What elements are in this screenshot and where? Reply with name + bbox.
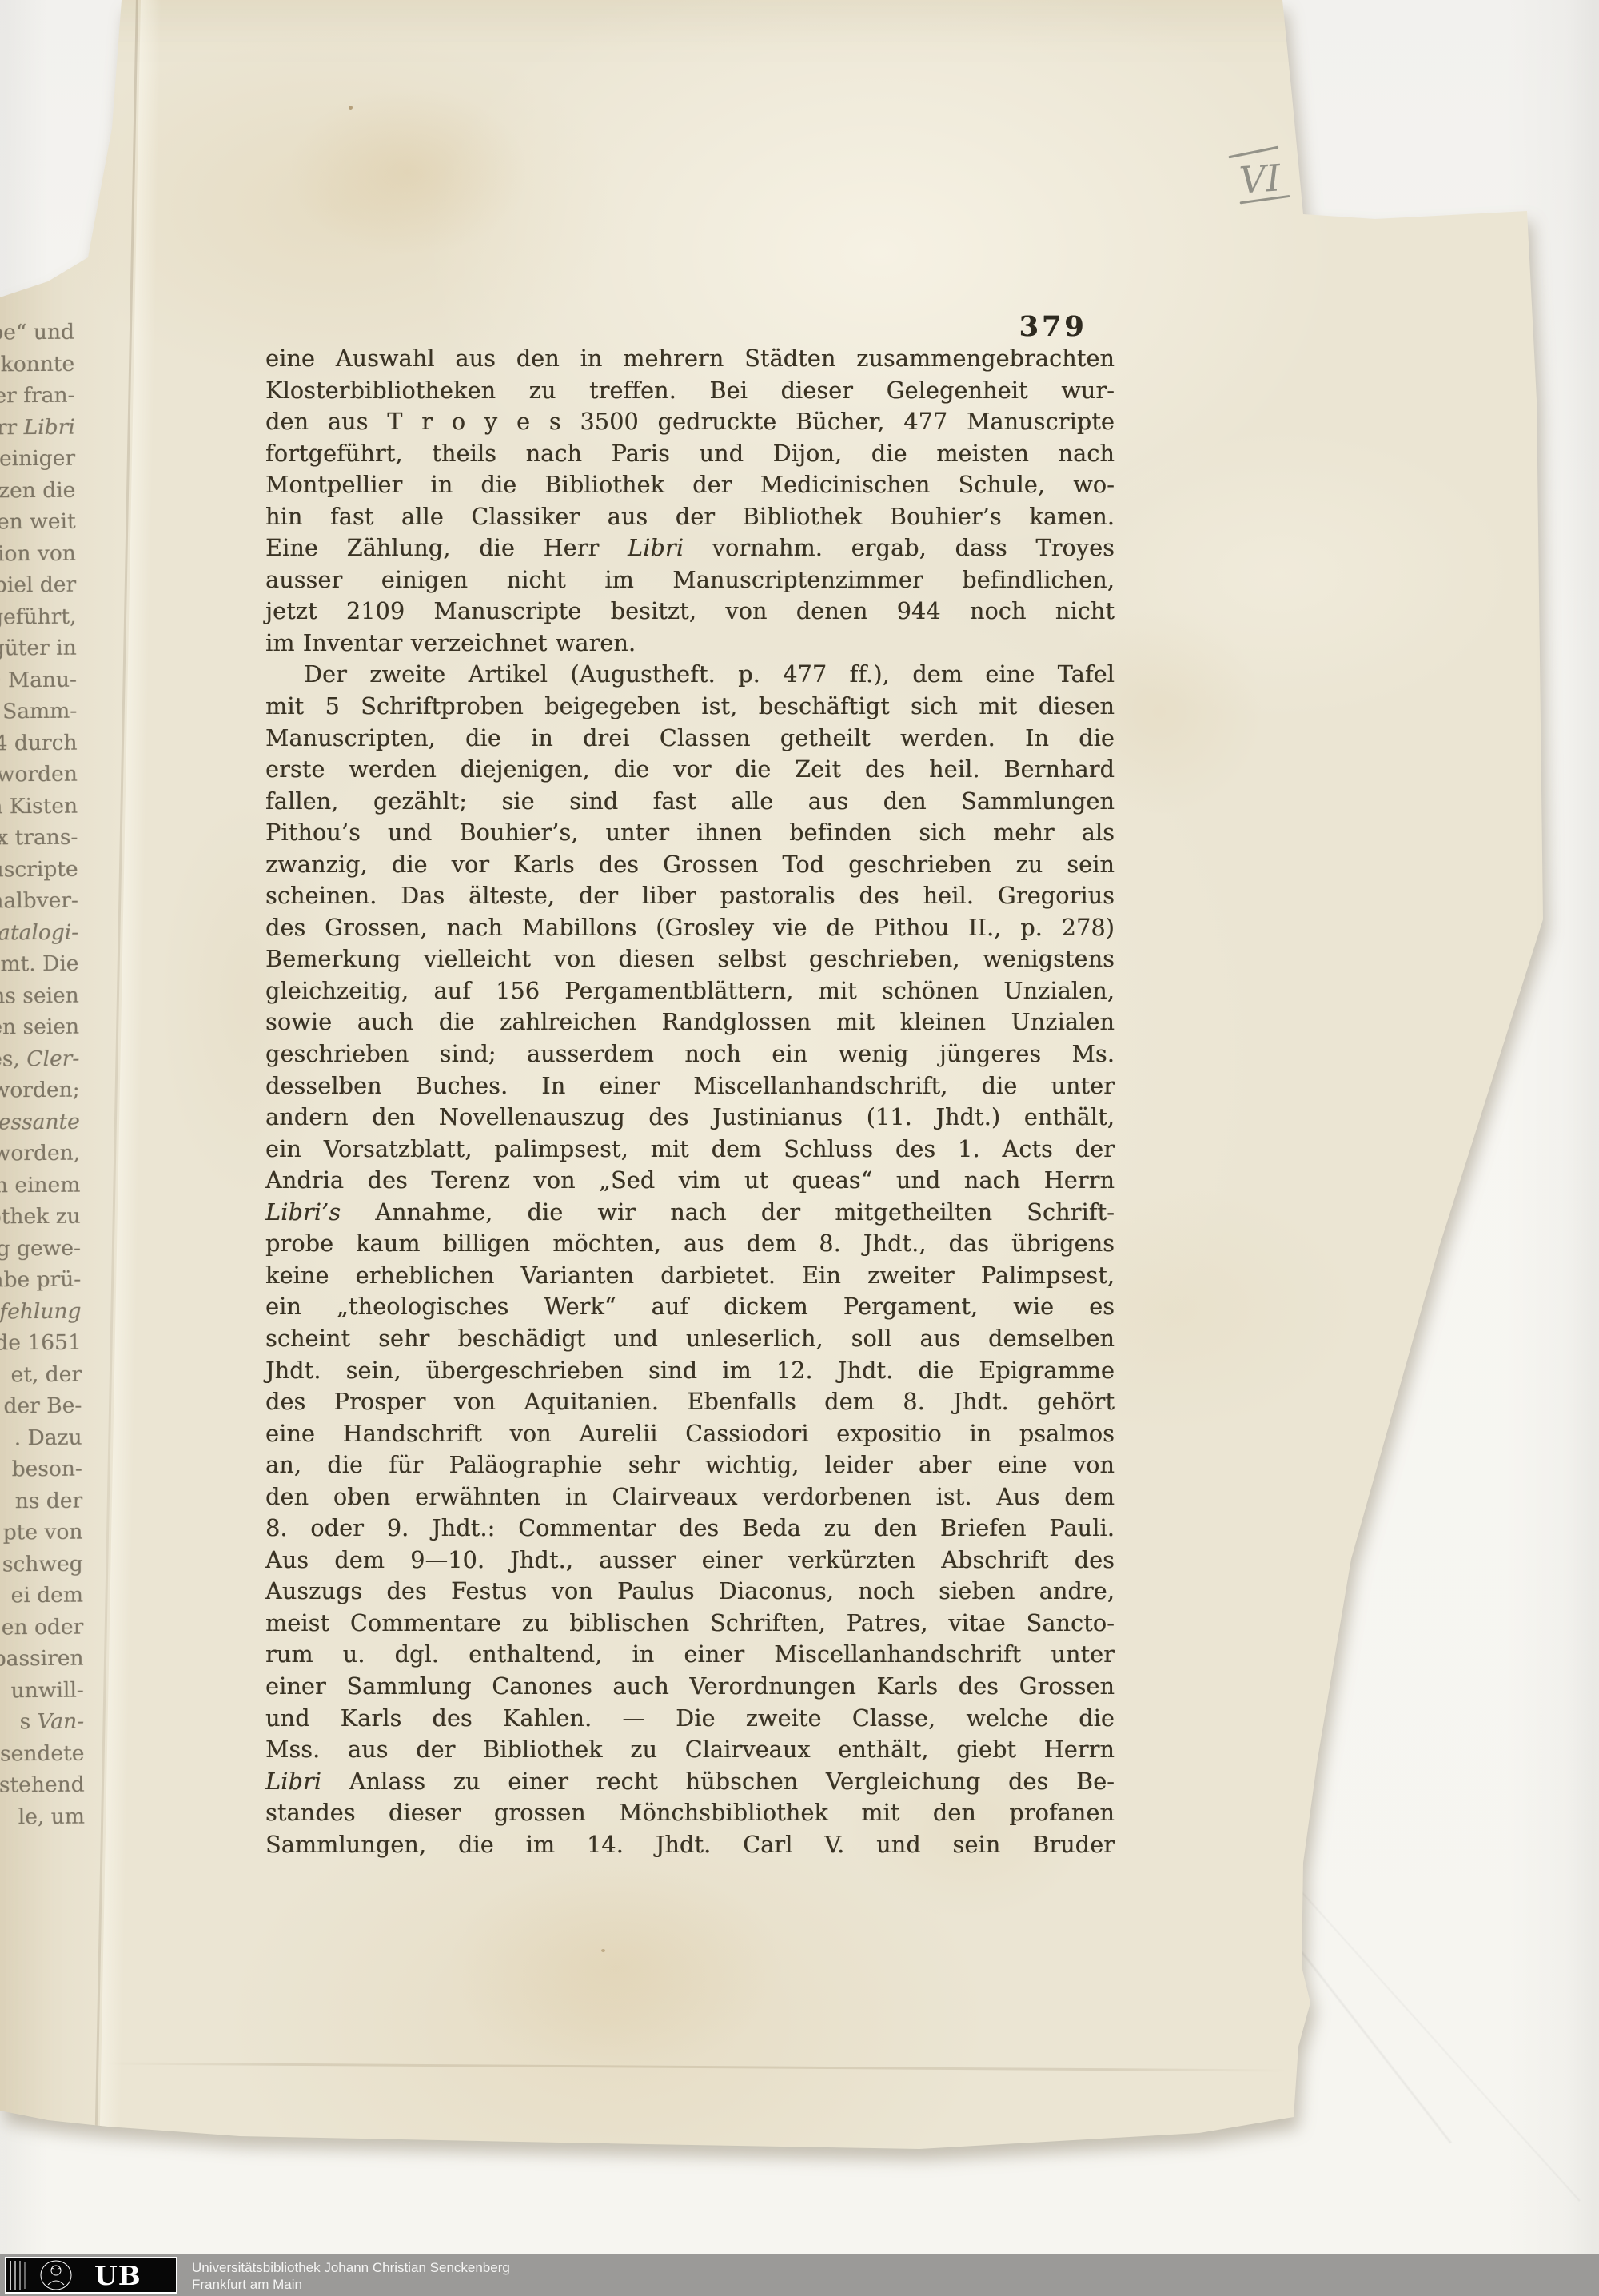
facing-page-line-fragment: evolution von: [0, 540, 76, 566]
text-line: probe kaum billigen möchten, aus dem 8. …: [265, 1228, 1115, 1260]
text-line: Mss. aus der Bibliothek zu Clairveaux en…: [265, 1734, 1115, 1766]
facing-page-line-fragment: pte von: [3, 1520, 83, 1545]
text-line: andern den Novellenauszug des Justinianu…: [265, 1102, 1115, 1134]
facing-page-line-fragment: et Herr Libri: [0, 414, 75, 440]
text-line: hin fast alle Classiker aus der Biblioth…: [265, 501, 1115, 533]
facing-page-line-fragment: r Catalogi-: [0, 919, 78, 945]
text-line: ein „theologisches Werk“ auf dickem Perg…: [265, 1291, 1115, 1323]
paper-stain: [288, 88, 528, 256]
text-line: des Prosper von Aquitanien. Ebenfalls de…: [265, 1386, 1115, 1418]
text-line: des Grossen, nach Mabillons (Grosley vie…: [265, 912, 1115, 944]
facing-page-line-fragment: s Van-: [19, 1709, 84, 1735]
facing-page-line-fragment: t, halbver-: [0, 888, 78, 914]
text-line: zwanzig, die vor Karls des Grossen Tod g…: [265, 849, 1115, 881]
text-line: fallen, gezählt; sie sind fast alle aus …: [265, 786, 1115, 818]
text-line: ausser einigen nicht im Manuscriptenzimm…: [265, 564, 1115, 596]
facing-page-line-fragment: ns der: [15, 1488, 83, 1513]
facing-page-line-fragment: stergüter in: [0, 636, 77, 661]
text-line: fortgeführt, theils nach Paris und Dijon…: [265, 438, 1115, 470]
text-line: im Inventar verzeichnet waren.: [265, 628, 1115, 660]
facing-page-line-fragment: worden,: [0, 1141, 80, 1166]
facing-page-line-fragment: nes, Cler-: [0, 1046, 79, 1071]
text-line: gleichzeitig, auf 156 Pergamentblättern,…: [265, 975, 1115, 1007]
footer-institution: Universitätsbibliothek Johann Christian …: [192, 2259, 510, 2276]
facing-page-line-fragment: Beispiel der: [0, 572, 76, 598]
text-line: keine erheblichen Varianten darbietet. E…: [265, 1260, 1115, 1292]
facing-page-line-fragment: n angeführt,: [0, 604, 76, 629]
text-line: Sammlungen, die im 14. Jhdt. Carl V. und…: [265, 1829, 1115, 1861]
facing-page-line-fragment: pfehlung: [0, 1298, 82, 1324]
scanned-book-page: en habe“ undannt, konnteand der fran-et …: [0, 0, 1599, 2296]
text-line: geschrieben sind; ausserdem noch ein wen…: [265, 1038, 1115, 1070]
ub-logo-text: UB: [94, 2262, 142, 2289]
text-line: Aus dem 9—10. Jhdt., ausser einer verkür…: [265, 1545, 1115, 1577]
text-line: Auszugs des Festus von Paulus Diaconus, …: [265, 1576, 1115, 1608]
library-footer-bar: UB Universitätsbibliothek Johann Christi…: [0, 2254, 1599, 2296]
facing-page-line-fragment: uft worden: [0, 762, 78, 787]
foxing-speck: [349, 106, 353, 110]
facing-page-line-fragment: eaux trans-: [0, 825, 78, 851]
text-line: sowie auch die zahlreichen Randglossen m…: [265, 1006, 1115, 1038]
facing-page-line-fragment: 1784 durch: [0, 730, 78, 755]
facing-page-line-fragment: ende Samm-: [0, 699, 77, 724]
facing-page-line-fragment: unwill-: [10, 1677, 83, 1703]
text-line: Manuscripten, die in drei Classen gethei…: [265, 723, 1115, 755]
footer-text: Universitätsbibliothek Johann Christian …: [192, 2259, 510, 2293]
text-line: Jhdt. sein, übergeschrieben sind im 12. …: [265, 1355, 1115, 1387]
text-line: Pithou’s und Bouhier’s, unter ihnen befi…: [265, 817, 1115, 849]
facing-page-line-fragment: gkeit einiger: [0, 446, 75, 472]
senckenberg-portrait-icon: [6, 2259, 93, 2291]
facing-page-line-fragment: le, um: [18, 1804, 85, 1829]
page-shadow-wrap: en habe“ undannt, konnteand der fran-et …: [0, 0, 1599, 2296]
facing-page-fragments: en habe“ undannt, konnteand der fran-et …: [0, 0, 90, 2296]
text-line: scheint sehr beschädigt und unleserlich,…: [265, 1323, 1115, 1355]
text-line: jetzt 2109 Manuscripte besitzt, von dene…: [265, 596, 1115, 628]
text-line: Bemerkung vielleicht von diesen selbst g…: [265, 943, 1115, 975]
handwritten-vi-mark: VI: [1224, 140, 1296, 213]
facing-page-line-fragment: 2000 Manu-: [0, 667, 77, 692]
facing-page-line-fragment: annt, konnte: [0, 351, 74, 377]
text-line: rum u. dgl. enthaltend, in einer Miscell…: [265, 1639, 1115, 1671]
text-line: ein Vorsatzblatt, palimpsest, mit dem Sc…: [265, 1134, 1115, 1166]
facing-page-line-fragment: passiren: [0, 1646, 84, 1672]
page-number: 379: [1009, 310, 1097, 343]
text-line: Klosterbibliotheken zu treffen. Bei dies…: [265, 375, 1115, 407]
facing-page-line-fragment: stehend: [0, 1772, 85, 1798]
facing-page-line-fragment: en oder: [2, 1614, 84, 1640]
text-line: an, die für Paläographie sehr wichtig, l…: [265, 1449, 1115, 1481]
facing-page-line-fragment: worden;: [0, 1078, 80, 1103]
facing-page-line-fragment: der Be-: [3, 1393, 82, 1419]
facing-page-line-fragment: Manuscripte: [0, 856, 78, 882]
text-line: erste werden diejenigen, die vor die Zei…: [265, 754, 1115, 786]
book-page-paper: en habe“ undannt, konnteand der fran-et …: [0, 0, 1599, 2296]
facing-page-line-fragment: ei dem: [10, 1583, 83, 1608]
text-line: den oben erwähnten in Clairveaux verdorb…: [265, 1481, 1115, 1513]
text-line: den aus T r o y e s 3500 gedruckte Büche…: [265, 406, 1115, 438]
facing-page-line-fragment: hmt. Die: [0, 951, 78, 977]
facing-page-line-fragment: othek zu: [0, 1204, 81, 1230]
text-line: und Karls des Kahlen. — Die zweite Class…: [265, 1703, 1115, 1735]
facing-page-line-fragment: de 1651: [0, 1330, 82, 1356]
facing-page-line-fragment: lben Kisten: [0, 793, 78, 819]
facing-page-line-fragment: en habe“ und: [0, 320, 74, 345]
text-line: eine Handschrift von Aurelii Cassiodori …: [265, 1418, 1115, 1450]
text-line: einer Sammlung Canones auch Verordnungen…: [265, 1671, 1115, 1703]
text-line: Libri’s Annahme, die wir nach der mitget…: [265, 1197, 1115, 1229]
body-text: eine Auswahl aus den in mehrern Städten …: [265, 343, 1115, 1860]
facing-page-line-fragment: sendete: [0, 1740, 84, 1766]
text-line: mit 5 Schriftproben beigegeben ist, besc…: [265, 691, 1115, 723]
facing-page-line-fragment: and der fran-: [0, 383, 75, 409]
facing-page-line-fragment: Ganzen die: [0, 477, 75, 503]
text-line: Montpellier in die Bibliothek der Medici…: [265, 469, 1115, 501]
text-line: standes dieser grossen Mönchsbibliothek …: [265, 1797, 1115, 1829]
vi-text: VI: [1238, 156, 1282, 202]
text-line: Andria des Terenz von „Sed vim ut queas“…: [265, 1165, 1115, 1197]
text-line: eine Auswahl aus den in mehrern Städten …: [265, 343, 1115, 375]
facing-page-line-fragment: ans seien: [0, 983, 79, 1008]
facing-page-line-fragment: abe prü-: [0, 1267, 81, 1293]
paper-stain: [448, 1863, 784, 2071]
text-line: meist Commentare zu biblischen Schriften…: [265, 1608, 1115, 1640]
text-line: Eine Zählung, die Herr Libri vornahm. er…: [265, 532, 1115, 564]
foxing-speck: [601, 1949, 605, 1952]
facing-page-line-fragment: ren seien: [0, 1014, 79, 1040]
facing-page-line-fragment: . Dazu: [14, 1425, 82, 1450]
facing-page-line-fragment: alitäten weit: [0, 509, 76, 535]
horizontal-fold: [104, 2062, 1287, 2071]
text-line: desselben Buches. In einer Miscellanhand…: [265, 1070, 1115, 1102]
text-line: Der zweite Artikel (Augustheft. p. 477 f…: [265, 659, 1115, 691]
facing-page-line-fragment: teressante: [0, 1109, 80, 1134]
ub-logo: UB: [5, 2257, 177, 2294]
footer-city: Frankfurt am Main: [192, 2276, 510, 2293]
facing-page-line-fragment: schweg: [2, 1551, 83, 1577]
facing-page-line-fragment: et, der: [10, 1361, 82, 1387]
facing-page-line-fragment: ig gewe-: [0, 1235, 81, 1261]
text-line: Libri Anlass zu einer recht hübschen Ver…: [265, 1766, 1115, 1798]
facing-page-line-fragment: beson-: [11, 1457, 82, 1482]
facing-page-line-fragment: in einem: [0, 1172, 80, 1198]
text-line: scheinen. Das älteste, der liber pastora…: [265, 880, 1115, 912]
text-line: 8. oder 9. Jhdt.: Commentar des Beda zu …: [265, 1513, 1115, 1545]
